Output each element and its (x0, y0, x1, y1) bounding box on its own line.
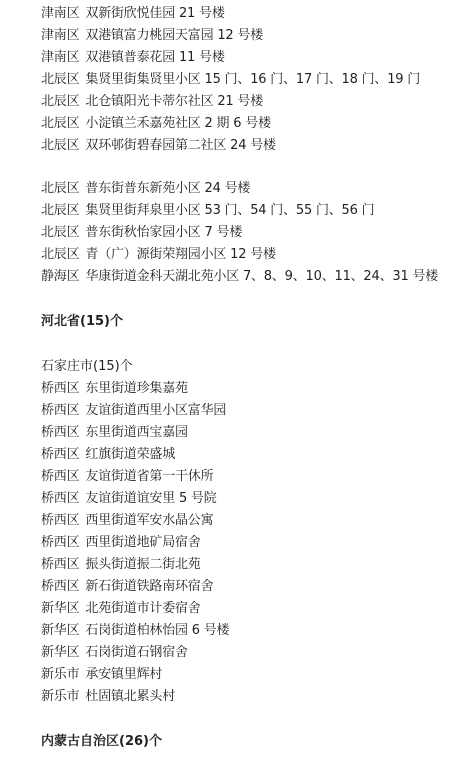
district-label: 新华区 (41, 620, 79, 642)
address-text: 石岗街道柏林怡园 6 号楼 (85, 623, 229, 638)
address-text: 集贤里街拜泉里小区 53 门、54 门、55 门、56 门 (85, 203, 374, 218)
district-label: 北辰区 (41, 113, 79, 135)
city-heading-shijiazhuang: 石家庄市(15)个 (41, 356, 464, 378)
list-item: 桥西区友谊街道省第一干休所 (41, 466, 464, 488)
province-heading-hebei: 河北省(15)个 (41, 311, 464, 333)
district-label: 北辰区 (41, 135, 79, 157)
list-item: 津南区双港镇普泰花园 11 号楼 (41, 47, 464, 69)
list-item: 新华区石岗街道石钢宿舍 (41, 642, 464, 664)
district-label: 桥西区 (41, 466, 79, 488)
address-text: 双港镇普泰花园 11 号楼 (85, 50, 224, 65)
district-label: 桥西区 (41, 532, 79, 554)
address-text: 华康街道金科天湖北苑小区 7、8、9、10、11、24、31 号楼 (85, 269, 438, 284)
address-text: 振头街道振二街北苑 (85, 557, 200, 572)
address-text: 杜固镇北累头村 (85, 689, 175, 704)
list-item: 桥西区西里街道地矿局宿舍 (41, 532, 464, 554)
district-label: 静海区 (41, 266, 79, 288)
list-item: 北辰区集贤里街集贤里小区 15 门、16 门、17 门、18 门、19 门 (41, 69, 464, 91)
district-label: 北辰区 (41, 222, 79, 244)
address-text: 东里街道珍集嘉苑 (85, 381, 187, 396)
district-label: 北辰区 (41, 200, 79, 222)
district-label: 桥西区 (41, 510, 79, 532)
list-item: 北辰区集贤里街拜泉里小区 53 门、54 门、55 门、56 门 (41, 200, 464, 222)
document-body: 津南区双新街欣悦佳园 21 号楼 津南区双港镇富力桃园天富园 12 号楼 津南区… (0, 0, 464, 753)
list-item: 静海区华康街道金科天湖北苑小区 7、8、9、10、11、24、31 号楼 (41, 266, 464, 288)
address-text: 友谊街道谊安里 5 号院 (85, 491, 216, 506)
address-text: 石岗街道石钢宿舍 (85, 645, 187, 660)
address-text: 新石街道铁路南环宿舍 (85, 579, 213, 594)
address-text: 红旗街道荣盛城 (85, 447, 175, 462)
district-label: 新华区 (41, 598, 79, 620)
address-text: 西里街道地矿局宿舍 (85, 535, 200, 550)
district-label: 津南区 (41, 25, 79, 47)
list-item: 津南区双港镇富力桃园天富园 12 号楼 (41, 25, 464, 47)
list-item: 桥西区西里街道军安水晶公寓 (41, 510, 464, 532)
list-item: 北辰区青（广）源街荣翔园小区 12 号楼 (41, 244, 464, 266)
list-item: 桥西区红旗街道荣盛城 (41, 444, 464, 466)
address-text: 小淀镇兰禾嘉苑社区 2 期 6 号楼 (85, 116, 270, 131)
list-item: 桥西区振头街道振二街北苑 (41, 554, 464, 576)
list-item: 桥西区新石街道铁路南环宿舍 (41, 576, 464, 598)
list-item: 津南区双新街欣悦佳园 21 号楼 (41, 3, 464, 25)
district-label: 桥西区 (41, 422, 79, 444)
address-text: 北苑街道市计委宿舍 (85, 601, 200, 616)
district-label: 津南区 (41, 3, 79, 25)
address-text: 友谊街道省第一干休所 (85, 469, 213, 484)
district-label: 新乐市 (41, 686, 79, 708)
address-text: 普东街秋怡家园小区 7 号楼 (85, 225, 242, 240)
list-item: 北辰区北仓镇阳光卡蒂尔社区 21 号楼 (41, 91, 464, 113)
list-item: 北辰区普东街秋怡家园小区 7 号楼 (41, 222, 464, 244)
paragraph-gap (41, 708, 464, 731)
list-item: 桥西区友谊街道西里小区富华园 (41, 400, 464, 422)
district-label: 北辰区 (41, 91, 79, 113)
district-label: 桥西区 (41, 444, 79, 466)
district-label: 桥西区 (41, 378, 79, 400)
address-text: 西里街道军安水晶公寓 (85, 513, 213, 528)
district-label: 北辰区 (41, 244, 79, 266)
address-text: 普东街普东新苑小区 24 号楼 (85, 181, 250, 196)
list-item: 新华区石岗街道柏林怡园 6 号楼 (41, 620, 464, 642)
district-label: 桥西区 (41, 400, 79, 422)
list-item: 新乐市杜固镇北累头村 (41, 686, 464, 708)
paragraph-gap (41, 288, 464, 311)
address-text: 东里街道西宝嘉园 (85, 425, 187, 440)
district-label: 北辰区 (41, 178, 79, 200)
address-text: 双港镇富力桃园天富园 12 号楼 (85, 28, 263, 43)
address-text: 双新街欣悦佳园 21 号楼 (85, 6, 224, 21)
hebei-list: 桥西区东里街道珍集嘉苑 桥西区友谊街道西里小区富华园 桥西区东里街道西宝嘉园 桥… (41, 378, 464, 708)
district-label: 津南区 (41, 47, 79, 69)
list-item: 北辰区普东街普东新苑小区 24 号楼 (41, 178, 464, 200)
list-item: 北辰区小淀镇兰禾嘉苑社区 2 期 6 号楼 (41, 113, 464, 135)
list-item: 新乐市承安镇里辉村 (41, 664, 464, 686)
district-label: 桥西区 (41, 554, 79, 576)
district-label: 桥西区 (41, 576, 79, 598)
list-item: 新华区北苑街道市计委宿舍 (41, 598, 464, 620)
address-text: 青（广）源街荣翔园小区 12 号楼 (85, 247, 275, 262)
list-item: 桥西区东里街道珍集嘉苑 (41, 378, 464, 400)
district-label: 新华区 (41, 642, 79, 664)
list-item: 北辰区双环邨街碧春园第二社区 24 号楼 (41, 135, 464, 157)
list-item: 桥西区友谊街道谊安里 5 号院 (41, 488, 464, 510)
district-label: 北辰区 (41, 69, 79, 91)
district-label: 新乐市 (41, 664, 79, 686)
paragraph-gap (41, 157, 464, 178)
address-text: 集贤里街集贤里小区 15 门、16 门、17 门、18 门、19 门 (85, 72, 420, 87)
list-item: 桥西区东里街道西宝嘉园 (41, 422, 464, 444)
address-text: 友谊街道西里小区富华园 (85, 403, 226, 418)
province-heading-neimenggu: 内蒙古自治区(26)个 (41, 731, 464, 753)
address-text: 承安镇里辉村 (85, 667, 162, 682)
tianjin-list-part-2: 北辰区普东街普东新苑小区 24 号楼 北辰区集贤里街拜泉里小区 53 门、54 … (41, 178, 464, 288)
tianjin-list-part-1: 津南区双新街欣悦佳园 21 号楼 津南区双港镇富力桃园天富园 12 号楼 津南区… (41, 3, 464, 157)
paragraph-gap (41, 333, 464, 356)
address-text: 双环邨街碧春园第二社区 24 号楼 (85, 138, 275, 153)
district-label: 桥西区 (41, 488, 79, 510)
address-text: 北仓镇阳光卡蒂尔社区 21 号楼 (85, 94, 263, 109)
